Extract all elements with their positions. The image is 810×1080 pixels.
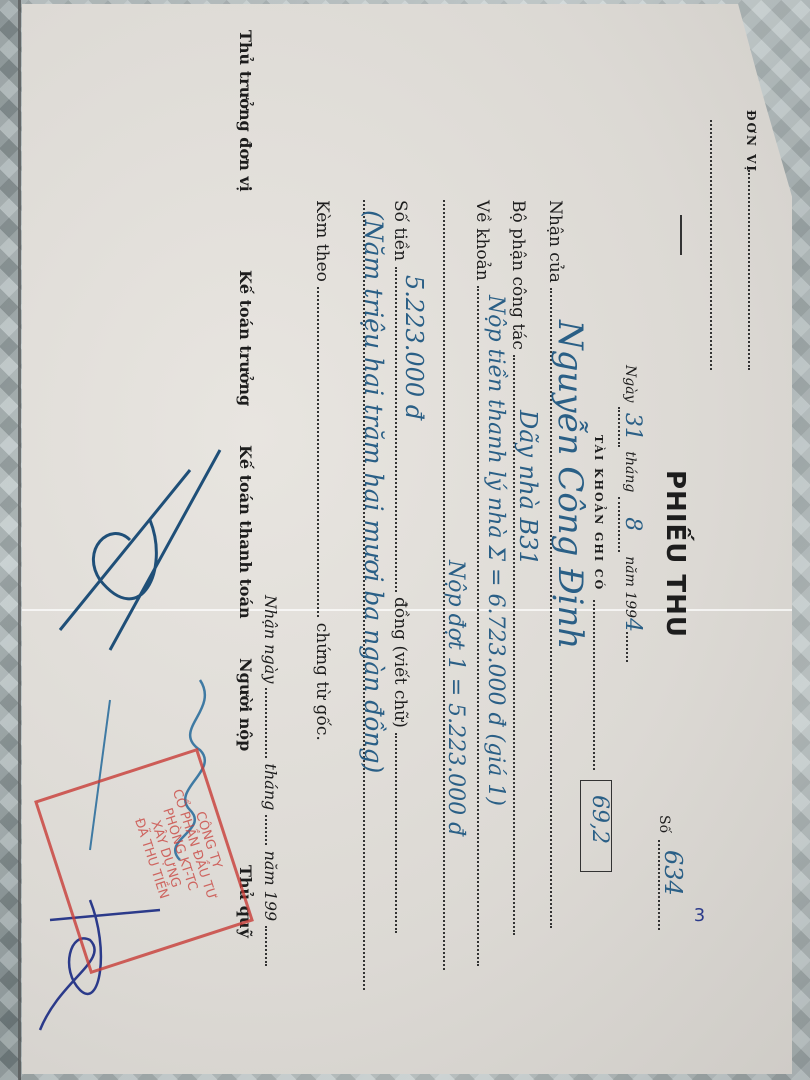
amount-value: 5.223.000 đ — [400, 275, 428, 420]
received-date-year-label: năm 199 — [261, 851, 280, 922]
account-credit-dots — [593, 600, 595, 770]
amount-words-value: (Năm triệu hai trăm hai mươi ba ngàn đồn… — [359, 210, 388, 773]
date-year-label: năm — [622, 556, 638, 587]
signature-payment-accountant — [50, 430, 230, 690]
field-department: Bộ phận công tác — [508, 200, 528, 935]
unit-underline — [680, 215, 682, 255]
received-from-label: Nhận của — [545, 200, 565, 283]
number-label: Số — [656, 815, 672, 833]
sig-label-payment-accountant: Kế toán thanh toán — [236, 445, 255, 619]
amount-label: Số tiền — [390, 200, 410, 261]
sig-label-head: Thủ trưởng đơn vị — [236, 30, 255, 192]
date-day-label: Ngày — [622, 365, 638, 402]
receipt-voucher: ĐƠN VỊ PHIẾU THU Số 634 3 Ngày 31 tháng … — [30, 10, 790, 1050]
date-year-prefix: 199 — [622, 591, 638, 618]
unit-label: ĐƠN VỊ — [744, 110, 758, 173]
received-date: Nhận ngày tháng năm 199 — [261, 595, 280, 966]
purpose-value-line2: Nộp đợt 1 = 5.223.000 đ — [443, 560, 468, 836]
date-month-label: tháng — [622, 451, 638, 492]
date-day-value: 31 — [618, 407, 645, 447]
date-month-value: 8 — [618, 497, 645, 552]
unit-field-line2 — [710, 120, 712, 370]
sig-label-payer: Người nộp — [236, 658, 255, 751]
department-value: Dãy nhà B31 — [514, 410, 542, 566]
received-date-label: Nhận ngày — [261, 595, 280, 683]
amount-suffix: đồng (viết chữ) — [390, 597, 410, 728]
unit-field — [748, 170, 750, 370]
purpose-label: Về khoản — [472, 200, 492, 281]
received-date-month-label: tháng — [261, 764, 280, 811]
account-credit-label: TÀI KHOẢN GHI CÓ — [592, 435, 605, 591]
field-attachments: Kèm theo chứng từ gốc. — [312, 200, 332, 741]
attachments-suffix: chứng từ gốc. — [312, 623, 332, 741]
purpose-value: Nộp tiền thanh lý nhà Σ = 6.723.000 đ (g… — [483, 295, 508, 806]
department-label: Bộ phận công tác — [508, 200, 528, 350]
attachments-label: Kèm theo — [312, 200, 332, 282]
sig-label-chief-accountant: Kế toán trưởng — [236, 270, 255, 406]
received-from-value: Nguyễn Công Định — [550, 320, 590, 649]
account-credit-value: 69,2 — [587, 795, 612, 844]
number-value: 634 — [659, 850, 687, 896]
page-mark: 3 — [694, 905, 705, 926]
date-year-suffix: 4 — [620, 618, 645, 632]
page-title: PHIẾU THU — [660, 470, 690, 638]
